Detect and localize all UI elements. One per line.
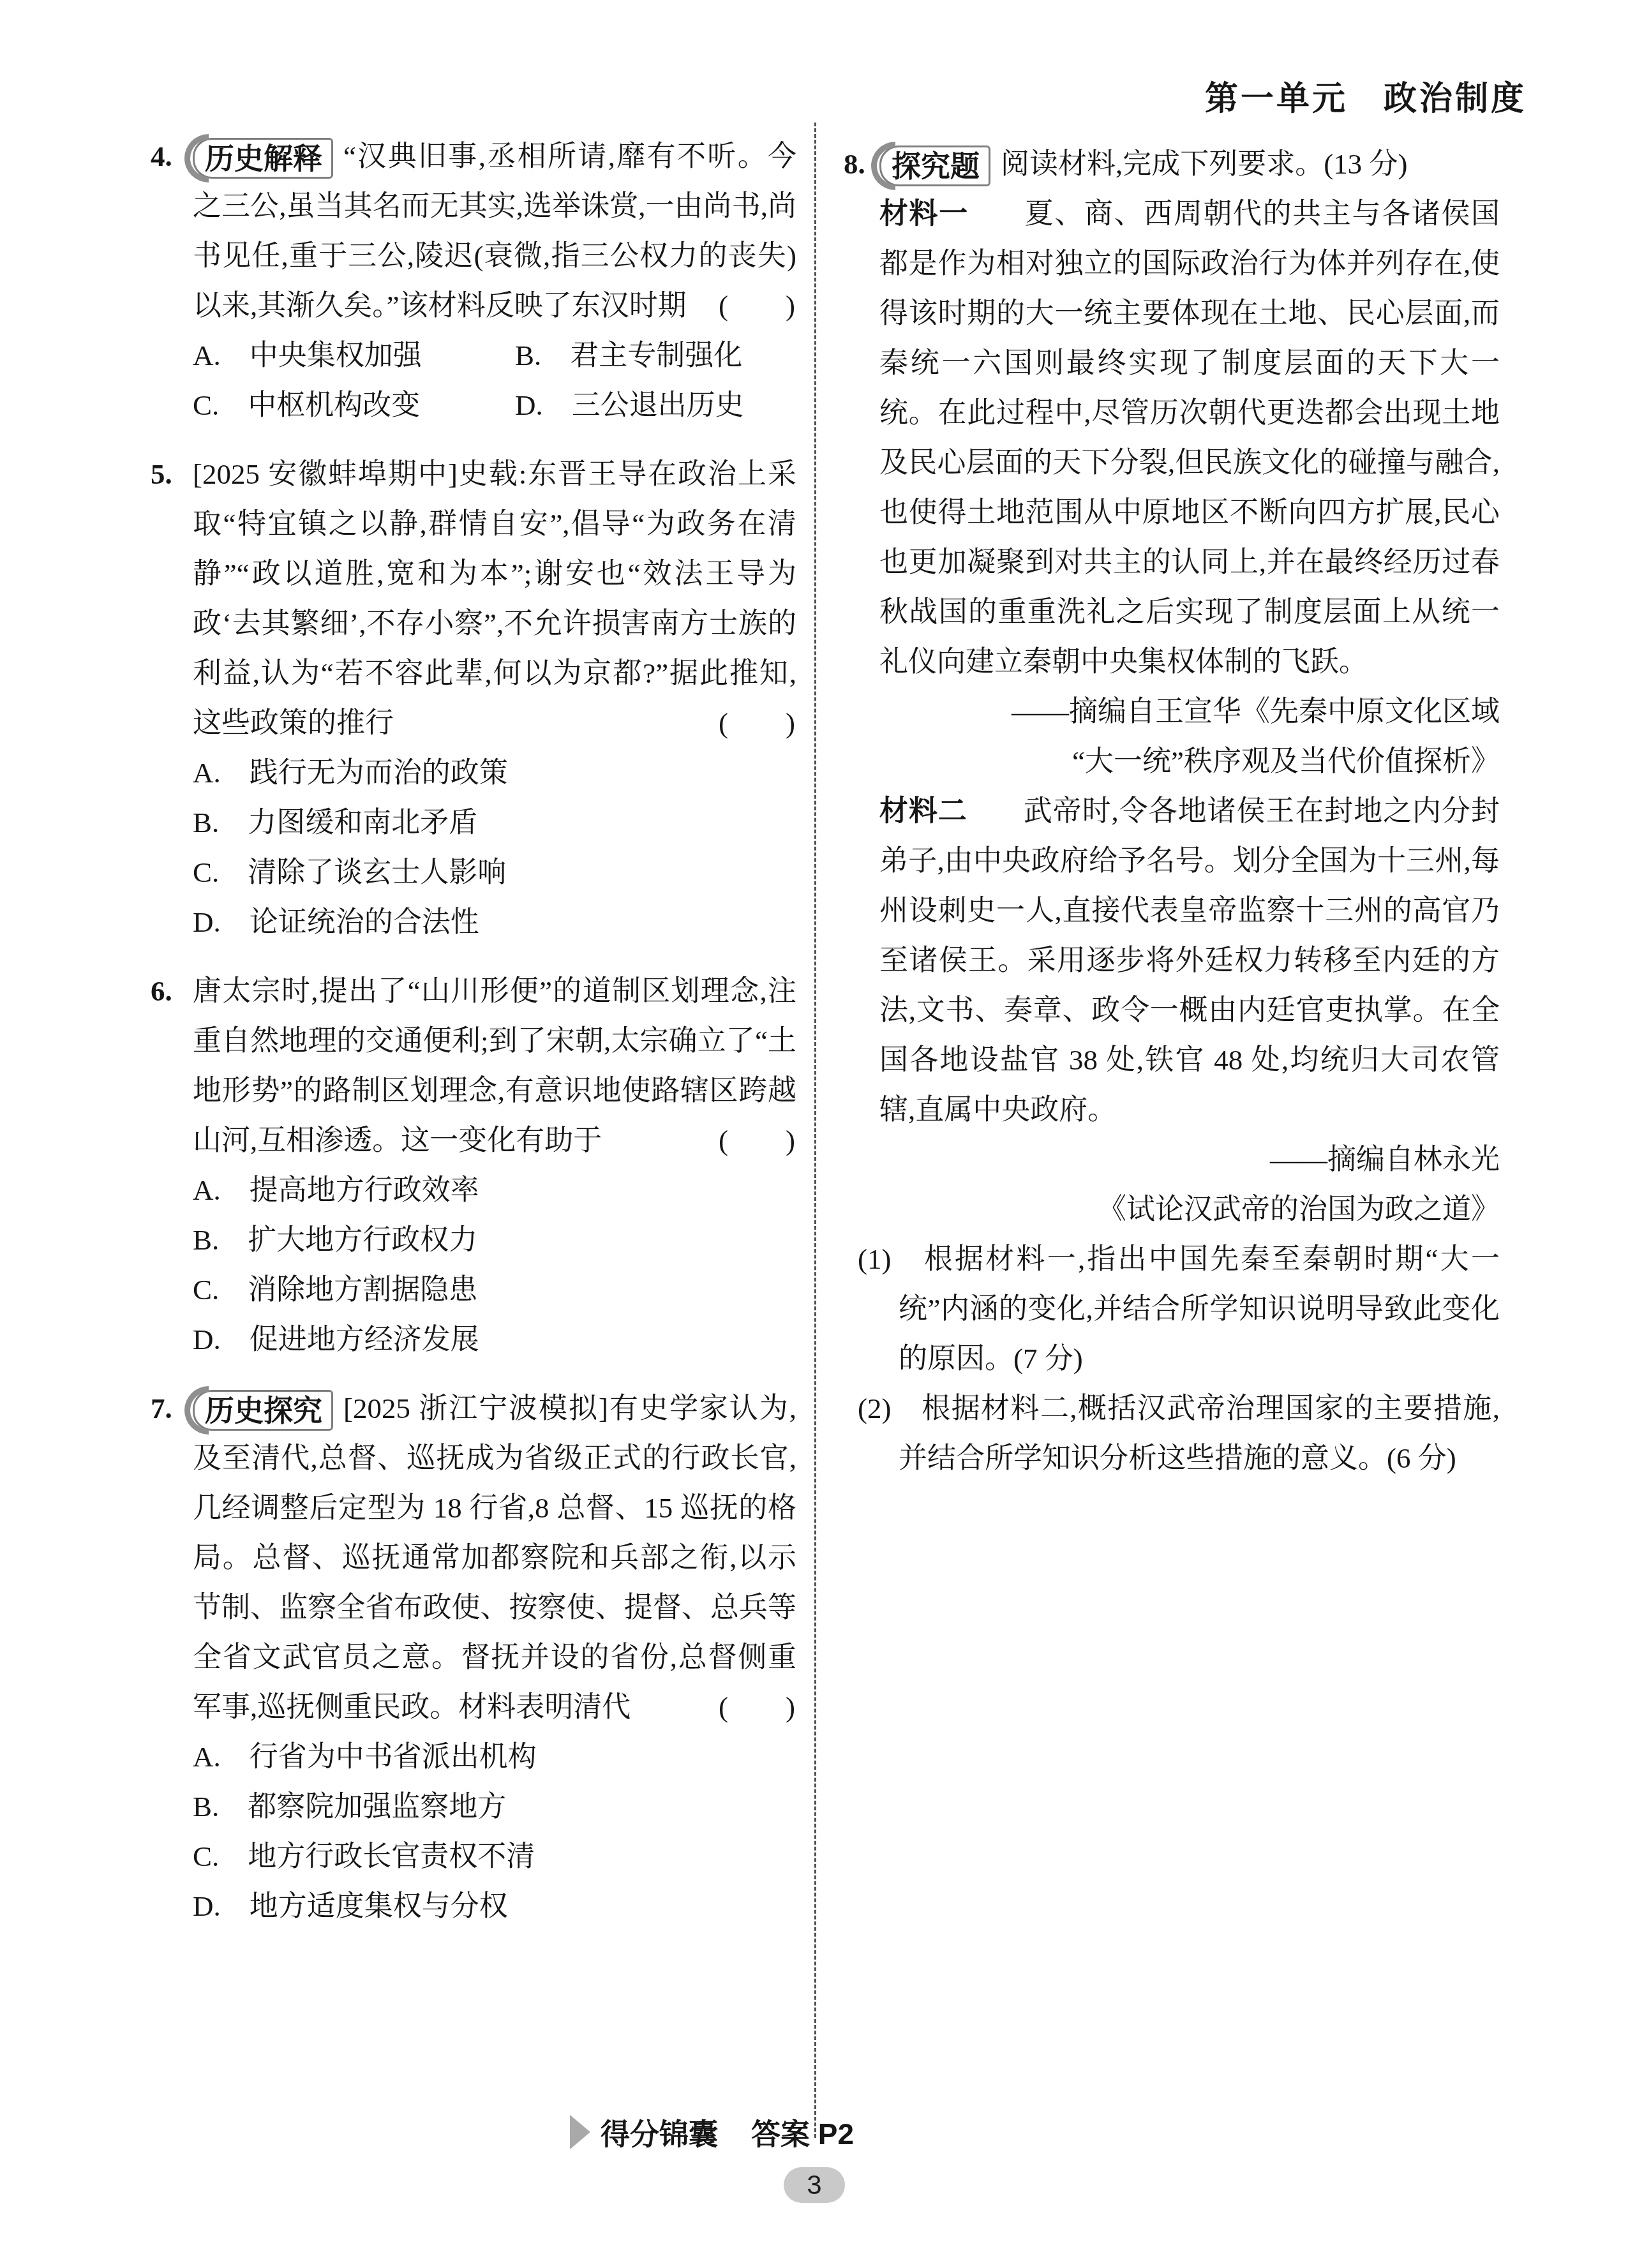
option-d: D. 三公退出历史	[515, 380, 796, 430]
question-number: 8.	[844, 139, 865, 189]
option-b: B. 力图缓和南北矛盾	[193, 798, 796, 847]
page-number-pill: 3	[784, 2167, 845, 2203]
material-2: 材料二武帝时,令各地诸侯王在封地之内分封弟子,由中央政府给予名号。划分全国为十三…	[879, 786, 1500, 1135]
option-d: D. 论证统治的合法性	[193, 897, 796, 947]
topic-badge: 历史解释	[193, 138, 333, 179]
option-a: A. 提高地方行政效率	[193, 1165, 796, 1215]
answer-bracket: ( )	[719, 698, 795, 748]
question-number: 5.	[151, 449, 172, 499]
option-b: B. 都察院加强监察地方	[193, 1782, 796, 1832]
answer-bracket: ( )	[719, 281, 795, 331]
stem-text: [2025 浙江宁波模拟]有史学家认为,及至清代,总督、巡抚成为省级正式的行政长…	[193, 1392, 796, 1723]
question-stem: 历史解释“汉典旧事,丞相所请,靡有不听。今之三公,虽当其名而无其实,选举诛赏,一…	[193, 131, 796, 331]
question-6: 6. 唐太宗时,提出了“山川形便”的道制区划理念,注重自然地理的交通便利;到了宋…	[151, 966, 796, 1364]
question-8: 8. 探究题阅读材料,完成下列要求。(13 分) 材料一夏、商、西周朝代的共主与…	[844, 139, 1500, 1483]
stem-text: [2025 安徽蚌埠期中]史载:东晋王导在政治上采取“特宜镇之以静,群情自安”,…	[193, 458, 796, 739]
question-number: 4.	[151, 131, 172, 181]
worksheet-page: 第一单元 政治制度 4. 历史解释“汉典旧事,丞相所请,靡有不听。今之三公,虽当…	[0, 0, 1628, 2268]
option-c: C. 清除了谈玄士人影响	[193, 847, 796, 897]
question-number: 6.	[151, 966, 172, 1016]
material-1: 材料一夏、商、西周朝代的共主与各诸侯国都是作为相对独立的国际政治行为体并列存在,…	[879, 189, 1500, 687]
option-d: D. 地方适度集权与分权	[193, 1881, 796, 1931]
material-2-text: 武帝时,令各地诸侯王在封地之内分封弟子,由中央政府给予名号。划分全国为十三州,每…	[879, 795, 1500, 1126]
column-divider	[814, 123, 816, 2138]
material-2-source-line-1: ——摘编自林永光	[879, 1135, 1500, 1184]
options-list: A. 行省为中书省派出机构 B. 都察院加强监察地方 C. 地方行政长官责权不清…	[193, 1732, 796, 1931]
options-grid: A. 中央集权加强 B. 君主专制强化 C. 中枢机构改变 D. 三公退出历史	[193, 331, 796, 430]
material-1-source-line-2: “大一统”秩序观及当代价值探析》	[879, 736, 1500, 786]
unit-header-title: 第一单元 政治制度	[1205, 71, 1527, 119]
footer-tip-label: 得分锦囊	[601, 2111, 718, 2153]
question-4: 4. 历史解释“汉典旧事,丞相所请,靡有不听。今之三公,虽当其名而无其实,选举诛…	[151, 131, 796, 430]
question-stem: [2025 安徽蚌埠期中]史载:东晋王导在政治上采取“特宜镇之以静,群情自安”,…	[193, 449, 796, 748]
options-list: A. 践行无为而治的政策 B. 力图缓和南北矛盾 C. 清除了谈玄士人影响 D.…	[193, 748, 796, 947]
left-column: 4. 历史解释“汉典旧事,丞相所请,靡有不听。今之三公,虽当其名而无其实,选举诛…	[151, 131, 796, 1950]
footer-answer-ref: 答案 P2	[751, 2111, 854, 2153]
answer-bracket: ( )	[719, 1682, 795, 1732]
footer-arrow-icon	[570, 2115, 590, 2149]
question-stem: 唐太宗时,提出了“山川形便”的道制区划理念,注重自然地理的交通便利;到了宋朝,太…	[193, 966, 796, 1165]
option-a: A. 践行无为而治的政策	[193, 748, 796, 798]
option-d: D. 促进地方经济发展	[193, 1315, 796, 1364]
option-c: C. 地方行政长官责权不清	[193, 1832, 796, 1881]
material-1-label: 材料一	[879, 197, 969, 230]
question-intro: 探究题阅读材料,完成下列要求。(13 分)	[879, 139, 1500, 189]
option-b: B. 扩大地方行政权力	[193, 1215, 796, 1265]
material-2-label: 材料二	[879, 795, 967, 827]
question-stem: 历史探究[2025 浙江宁波模拟]有史学家认为,及至清代,总督、巡抚成为省级正式…	[193, 1384, 796, 1732]
option-a: A. 行省为中书省派出机构	[193, 1732, 796, 1782]
option-b: B. 君主专制强化	[515, 331, 796, 380]
intro-text: 阅读材料,完成下列要求。(13 分)	[1001, 148, 1407, 180]
question-number: 7.	[151, 1384, 172, 1433]
material-2-source-line-2: 《试论汉武帝的治国为政之道》	[879, 1184, 1500, 1234]
option-c: C. 中枢机构改变	[193, 380, 515, 430]
topic-badge: 探究题	[879, 145, 990, 186]
sub-question-1: (1) 根据材料一,指出中国先秦至秦朝时期“大一统”内涵的变化,并结合所学知识说…	[858, 1234, 1500, 1384]
option-c: C. 消除地方割据隐患	[193, 1265, 796, 1315]
answer-bracket: ( )	[719, 1115, 795, 1165]
material-1-text: 夏、商、西周朝代的共主与各诸侯国都是作为相对独立的国际政治行为体并列存在,使得该…	[879, 198, 1500, 678]
options-list: A. 提高地方行政效率 B. 扩大地方行政权力 C. 消除地方割据隐患 D. 促…	[193, 1165, 796, 1364]
material-1-source-line-1: ——摘编自王宣华《先秦中原文化区域	[879, 687, 1500, 736]
topic-badge: 历史探究	[193, 1390, 333, 1431]
option-a: A. 中央集权加强	[193, 331, 515, 380]
sub-question-2: (2) 根据材料二,概括汉武帝治理国家的主要措施,并结合所学知识分析这些措施的意…	[858, 1384, 1500, 1483]
footer: 得分锦囊 答案 P2	[570, 2111, 854, 2153]
stem-text: 唐太宗时,提出了“山川形便”的道制区划理念,注重自然地理的交通便利;到了宋朝,太…	[193, 975, 796, 1156]
question-5: 5. [2025 安徽蚌埠期中]史载:东晋王导在政治上采取“特宜镇之以静,群情自…	[151, 449, 796, 947]
right-column: 8. 探究题阅读材料,完成下列要求。(13 分) 材料一夏、商、西周朝代的共主与…	[844, 139, 1500, 1483]
question-7: 7. 历史探究[2025 浙江宁波模拟]有史学家认为,及至清代,总督、巡抚成为省…	[151, 1384, 796, 1931]
